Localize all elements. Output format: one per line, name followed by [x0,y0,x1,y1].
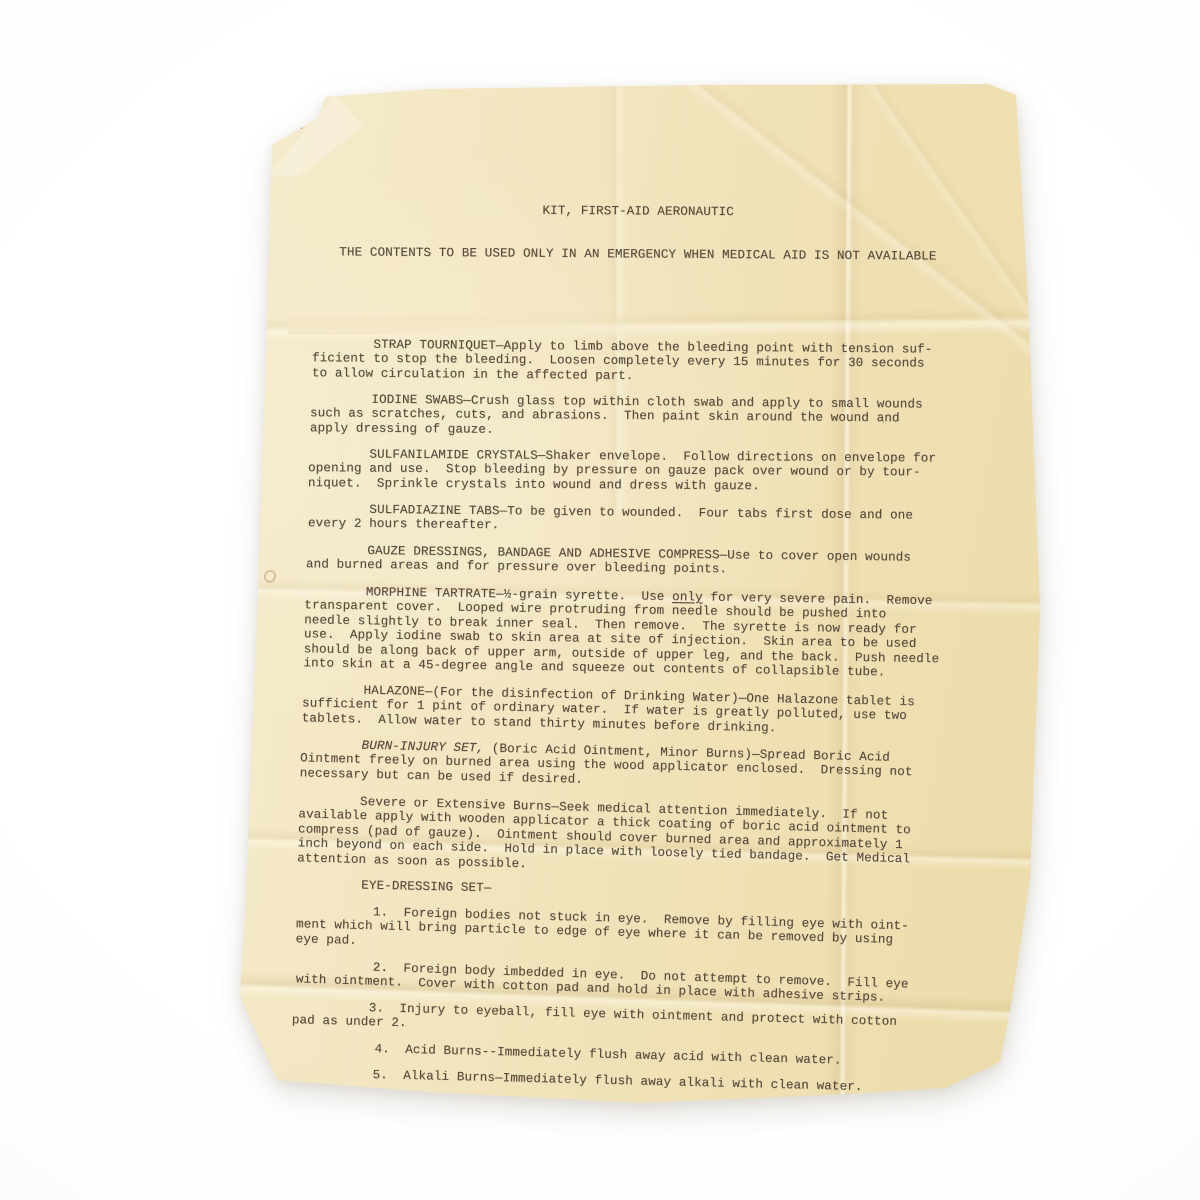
text-segment [300,738,362,753]
paper-sheet-wrapper: KIT, FIRST-AID AERONAUTIC THE CONTENTS T… [228,80,1046,1110]
burn-injury-set: BURN-INJURY SET, (Boric Acid Ointment, M… [300,738,1001,797]
scissors: SCISSORS—Do not hesitate to cut away clo… [290,1093,991,1144]
strap-tourniquet: STRAP TOURNIQUET—Apply to limb above the… [312,337,1012,386]
eye-item-5: 5. Alkali Burns—Immediately flush away a… [296,1066,996,1097]
paper-sheet: KIT, FIRST-AID AERONAUTIC THE CONTENTS T… [228,80,1046,1110]
document-header: KIT, FIRST-AID AERONAUTIC THE CONTENTS T… [288,173,989,293]
underlined-text: only [672,590,703,604]
sulfanilamide-crystals: SULFANILAMIDE CRYSTALS—Shaker envelope. … [308,447,1008,495]
note: NOTE: IN ADDITION TO THESE INSTRUCTIONS,… [295,1134,996,1188]
morphine-tartrate: MORPHINE TARTRATE—½-grain syrette. Use o… [303,584,1004,681]
severe-burns: Severe or Extensive Burns—Seek medical a… [297,793,999,883]
document-body: STRAP TOURNIQUET—Apply to limb above the… [288,337,988,1162]
typewritten-text: KIT, FIRST-AID AERONAUTIC THE CONTENTS T… [288,144,988,1200]
document-subtitle: THE CONTENTS TO BE USED ONLY IN AN EMERG… [288,245,988,264]
text-line: ETC., WHICH SHOULD BE CAREFULLY FOLLOWED… [295,1148,995,1188]
halazone: HALAZONE—(For the disinfection of Drinki… [302,683,1003,741]
crease-faded-text-area [288,317,698,335]
text-line: NOTE: IN ADDITION TO THESE INSTRUCTIONS,… [296,1134,996,1174]
text-line: SCISSORS—Do not hesitate to cut away clo… [290,1093,990,1129]
paper-stain [264,570,276,583]
sulfadiazine-tabs: SULFADIAZINE TABS—To be given to wounded… [308,503,1008,539]
eye-dressing-set-heading: EYE-DRESSING SET— [300,877,1000,906]
text-line: wound so that dressing may be applied wi… [290,1107,990,1143]
photo-background: KIT, FIRST-AID AERONAUTIC THE CONTENTS T… [0,0,1200,1200]
gauze-dressings: GAUZE DRESSINGS, BANDAGE AND ADHESIVE CO… [306,543,1006,580]
paper-stain [300,126,303,129]
text-line: EYE-DRESSING SET— [300,877,1000,906]
eye-item-4: 4. Acid Burns--Immediately flush away ac… [298,1040,998,1071]
eye-item-3: 3. Injury to eyeball, fill eye with oint… [292,999,993,1046]
iodine-swabs: IODINE SWABS—Crush glass top within clot… [310,392,1010,441]
document-title: KIT, FIRST-AID AERONAUTIC [288,202,988,221]
corner-fold-line [269,92,327,144]
eye-item-1: 1. Foreign bodies not stuck in eye. Remo… [295,903,996,964]
text-line: 5. Alkali Burns—Immediately flush away a… [296,1066,996,1097]
text-line: 4. Acid Burns--Immediately flush away ac… [298,1040,998,1071]
